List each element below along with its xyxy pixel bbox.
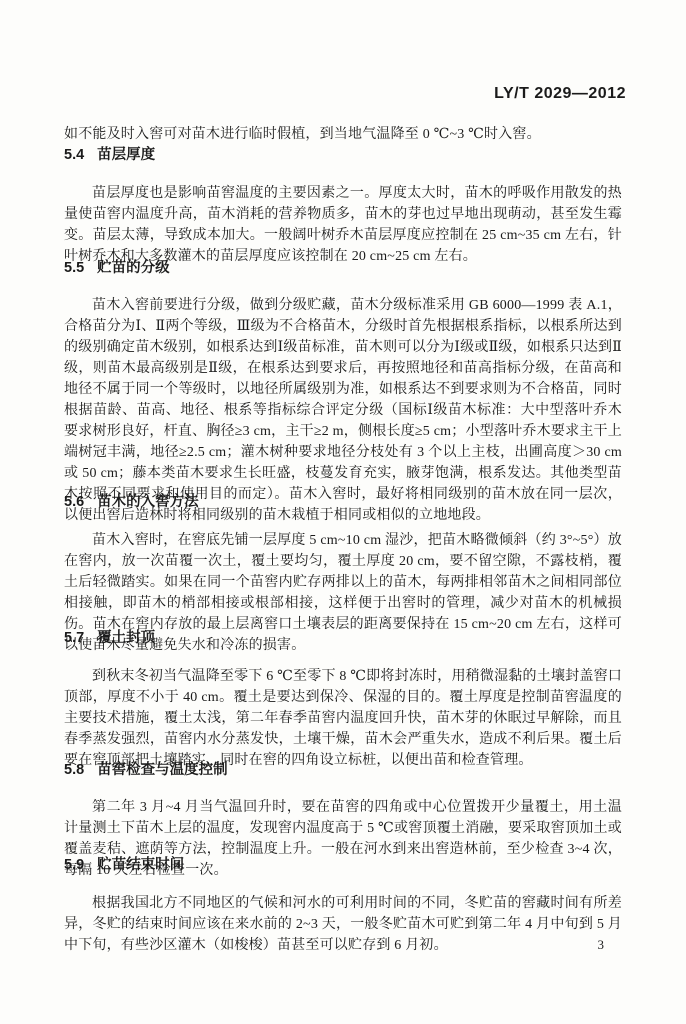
section-heading-5-8: 5.8苗窖检查与温度控制 [64, 760, 622, 780]
section-number: 5.5 [64, 260, 84, 276]
section-paragraph-5-7: 到秋末冬初当气温降至零下 6 ℃至零下 8 ℃即将封冻时，用稍微湿黏的土壤封盖窖… [64, 666, 622, 771]
section-number: 5.6 [64, 494, 84, 510]
section-heading-5-7: 5.7覆土封顶 [64, 628, 622, 648]
page-number: 3 [598, 937, 605, 953]
section-heading-5-4: 5.4苗层厚度 [64, 145, 622, 165]
section-title: 苗层厚度 [97, 147, 155, 163]
section-heading-5-6: 5.6苗木的入窖方法 [64, 492, 622, 512]
section-number: 5.4 [64, 147, 84, 163]
section-number: 5.9 [64, 857, 84, 873]
section-number: 5.8 [64, 762, 84, 778]
section-title: 苗木的入窖方法 [97, 494, 199, 510]
section-title: 苗窖检查与温度控制 [97, 762, 228, 778]
section-heading-5-9: 5.9贮苗结束时间 [64, 855, 622, 875]
section-paragraph-5-9: 根据我国北方不同地区的气候和河水的可利用时间的不同，冬贮苗的窖藏时间有所差异，冬… [64, 893, 622, 956]
section-paragraph-5-4: 苗层厚度也是影响苗窖温度的主要因素之一。厚度太大时，苗木的呼吸作用散发的热量使苗… [64, 183, 622, 267]
intro-paragraph: 如不能及时入窖可对苗木进行临时假植，到当地气温降至 0 ℃~3 ℃时入窖。 [64, 124, 622, 145]
section-heading-5-5: 5.5贮苗的分级 [64, 258, 622, 278]
section-title: 贮苗的分级 [97, 260, 170, 276]
standard-doc-number: LY/T 2029—2012 [494, 85, 626, 103]
section-title: 覆土封顶 [97, 630, 155, 646]
section-title: 贮苗结束时间 [97, 857, 184, 873]
document-page: LY/T 2029—2012 如不能及时入窖可对苗木进行临时假植，到当地气温降至… [0, 0, 686, 1024]
section-number: 5.7 [64, 630, 84, 646]
